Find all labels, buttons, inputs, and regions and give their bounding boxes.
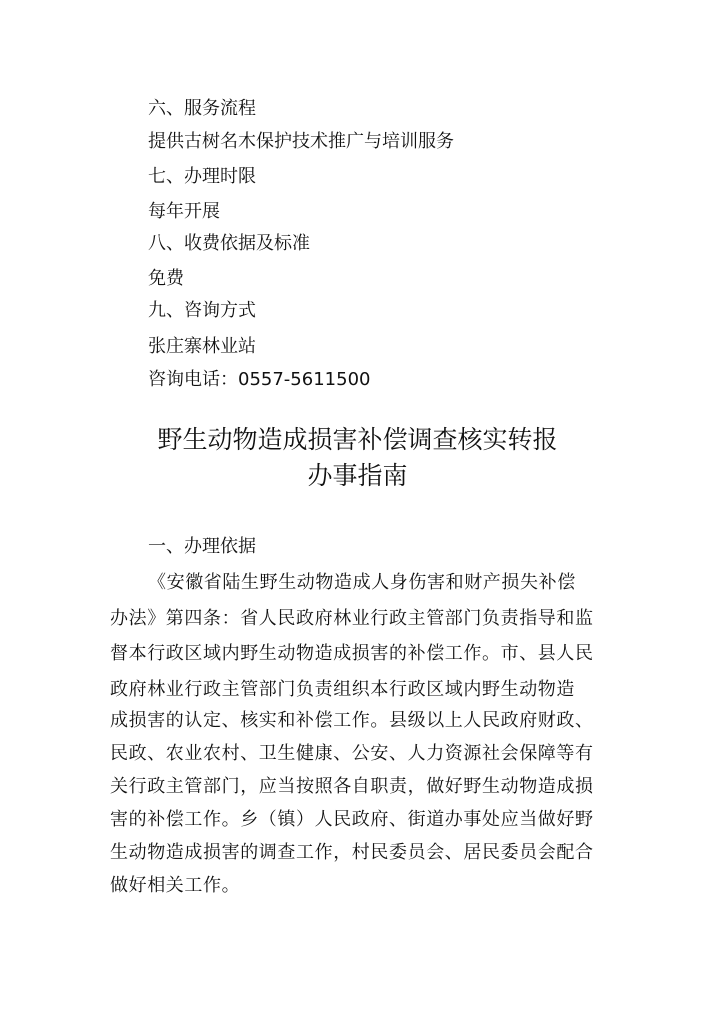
paragraph-line: 《安徽省陆生野生动物造成人身伤害和财产损失补偿 bbox=[148, 572, 576, 594]
time-limit-text: 每年开展 bbox=[148, 201, 220, 223]
consultation-phone: 咨询电话：0557-5611500 bbox=[148, 369, 370, 391]
consultation-office: 张庄寨林业站 bbox=[148, 336, 256, 358]
section-heading-service-process: 六、服务流程 bbox=[148, 98, 256, 120]
section-heading-consultation: 九、咨询方式 bbox=[148, 300, 256, 322]
section-heading-basis: 一、办理依据 bbox=[148, 536, 256, 558]
guide-title-line1: 野生动物造成损害补偿调查核实转报 bbox=[0, 424, 715, 456]
paragraph-line: 民政、农业农村、卫生健康、公安、人力资源社会保障等有 bbox=[110, 743, 594, 765]
paragraph-line: 政府林业行政主管部门负责组织本行政区域内野生动物造 bbox=[110, 679, 575, 701]
section-heading-time-limit: 七、办理时限 bbox=[148, 166, 256, 188]
fee-text: 免费 bbox=[148, 268, 184, 290]
paragraph-line: 做好相关工作。 bbox=[110, 875, 240, 897]
guide-title-line2: 办事指南 bbox=[0, 460, 715, 492]
service-process-text: 提供古树名木保护技术推广与培训服务 bbox=[148, 131, 454, 153]
section-heading-fee: 八、收费依据及标准 bbox=[148, 233, 310, 255]
paragraph-line: 生动物造成损害的调查工作，村民委员会、居民委员会配合 bbox=[110, 842, 594, 864]
paragraph-line: 办法》第四条：省人民政府林业行政主管部门负责指导和监 bbox=[110, 608, 594, 630]
paragraph-line: 成损害的认定、核实和补偿工作。县级以上人民政府财政、 bbox=[110, 710, 594, 732]
paragraph-line: 害的补偿工作。乡（镇）人民政府、街道办事处应当做好野 bbox=[110, 809, 594, 831]
paragraph-line: 督本行政区域内野生动物造成损害的补偿工作。市、县人民 bbox=[110, 643, 594, 665]
paragraph-line: 关行政主管部门，应当按照各自职责，做好野生动物造成损 bbox=[110, 776, 594, 798]
